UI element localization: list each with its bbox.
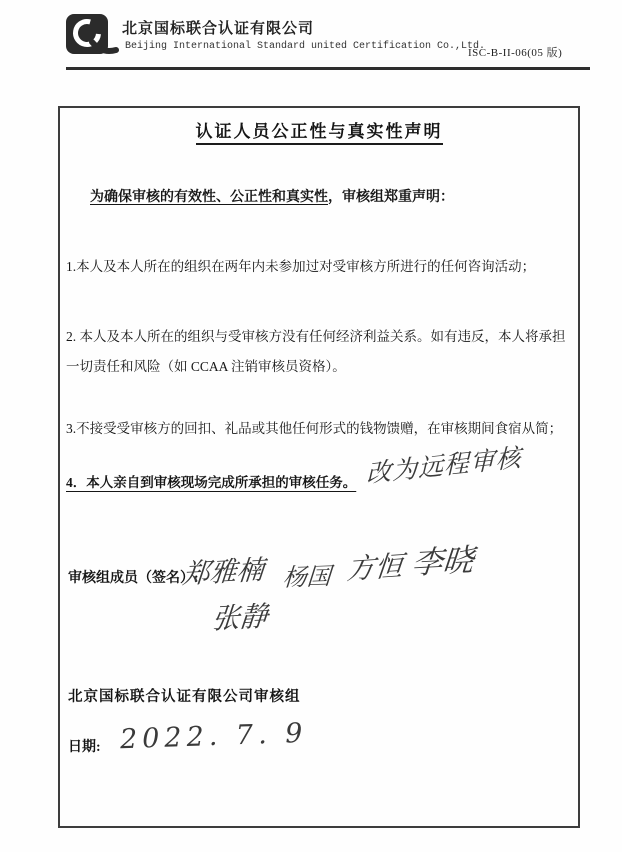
scanned-document-page: 北京国标联合认证有限公司 Beijing International Stand… [0, 0, 622, 852]
company-logo-icon [64, 12, 120, 64]
handwritten-date: 2022. 7. 9 [120, 718, 308, 756]
signature-3: 方恒 [345, 544, 405, 588]
company-name-zh: 北京国标联合认证有限公司 [122, 17, 314, 38]
document-title-text: 认证人员公正性与真实性声明 [196, 122, 443, 145]
header-divider [66, 67, 590, 70]
signature-2: 杨国 [282, 556, 332, 593]
declaration-item-3: 3.不接受受审核方的回扣、礼品或其他任何形式的钱物馈赠，在审核期间食宿从简； [66, 414, 568, 444]
signature-label: 审核组成员（签名）: [68, 567, 199, 587]
intro-paragraph: 为确保审核的有效性、公正性和真实性，审核组郑重声明： [90, 186, 560, 206]
signature-1: 郑雅楠 [181, 548, 265, 591]
intro-underlined-text: 为确保审核的有效性、公正性和真实性 [90, 190, 328, 205]
document-title: 认证人员公正性与真实性声明 [58, 117, 580, 142]
intro-rest-text: ，审核组郑重声明： [328, 190, 454, 205]
company-name-en: Beijing International Standard united Ce… [125, 41, 485, 52]
footer-organization: 北京国标联合认证有限公司审核组 [68, 685, 301, 706]
signature-4: 李晓 [410, 534, 476, 583]
date-label: 日期: [68, 736, 101, 756]
declaration-item-1: 1.本人及本人所在的组织在两年内未参加过对受审核方所进行的任何咨询活动； [66, 252, 568, 282]
declaration-item-2: 2. 本人及本人所在的组织与受审核方没有任何经济利益关系。如有违反，本人将承担一… [66, 322, 568, 382]
signature-5: 张静 [210, 594, 269, 637]
document-code: ISC-B-II-06(05 版) [468, 44, 562, 60]
